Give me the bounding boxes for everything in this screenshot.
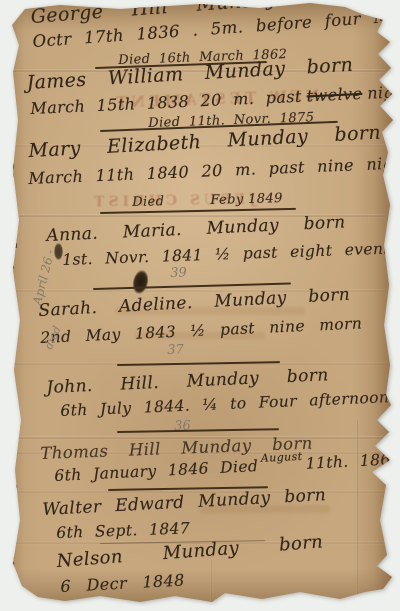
record-4-name-line: Anna. Maria. Munday born — [46, 212, 346, 246]
paper-surface: NEW TESTAMENT JESUS CHRIST George Hill M… — [0, 0, 400, 611]
record-5-name-line: Sarah. Adeline. Munday born — [38, 285, 351, 321]
margin-pencil-date: April 26 - — [30, 248, 57, 306]
ink-blot — [131, 269, 151, 296]
record-8-birth-line: 6th Sept. 1847 — [56, 519, 190, 542]
record-5-pencil-number: 37 — [167, 342, 184, 358]
margin-vertical-birth-note: Louisa Joy Munday born 11th. August 1851 — [2, 160, 18, 570]
record-7-inserted-word: August — [261, 450, 303, 465]
record-3-death-line: DiedFeby 1849 — [132, 191, 283, 210]
record-3-death-word: Died — [132, 194, 165, 210]
divider-rule — [117, 428, 279, 433]
fold-crease-vertical — [356, 420, 359, 600]
paper-sheet: NEW TESTAMENT JESUS CHRIST George Hill M… — [0, 0, 400, 611]
divider-rule — [117, 361, 280, 366]
fold-crease-vertical — [210, 560, 213, 605]
record-3-death-date: Feby 1849 — [210, 191, 283, 208]
torn-edge-shading — [374, 0, 400, 611]
record-2-struck-word: twelve — [306, 84, 362, 106]
record-8-name-line: Walter Edward Munday born — [42, 485, 327, 520]
divider-rule — [100, 208, 296, 214]
record-4-pencil-number: 39 — [170, 265, 187, 281]
record-9-birth-line: 6 Decr 1848 — [60, 570, 185, 595]
scanned-document: { "page": { "background_color": "#eef0ed… — [0, 0, 400, 611]
record-5-birth-line: 2nd May 1843 ½ past nine morn — [40, 314, 363, 347]
record-4-birth-line: 1st. Novr. 1841 ½ past eight evening — [62, 239, 400, 269]
